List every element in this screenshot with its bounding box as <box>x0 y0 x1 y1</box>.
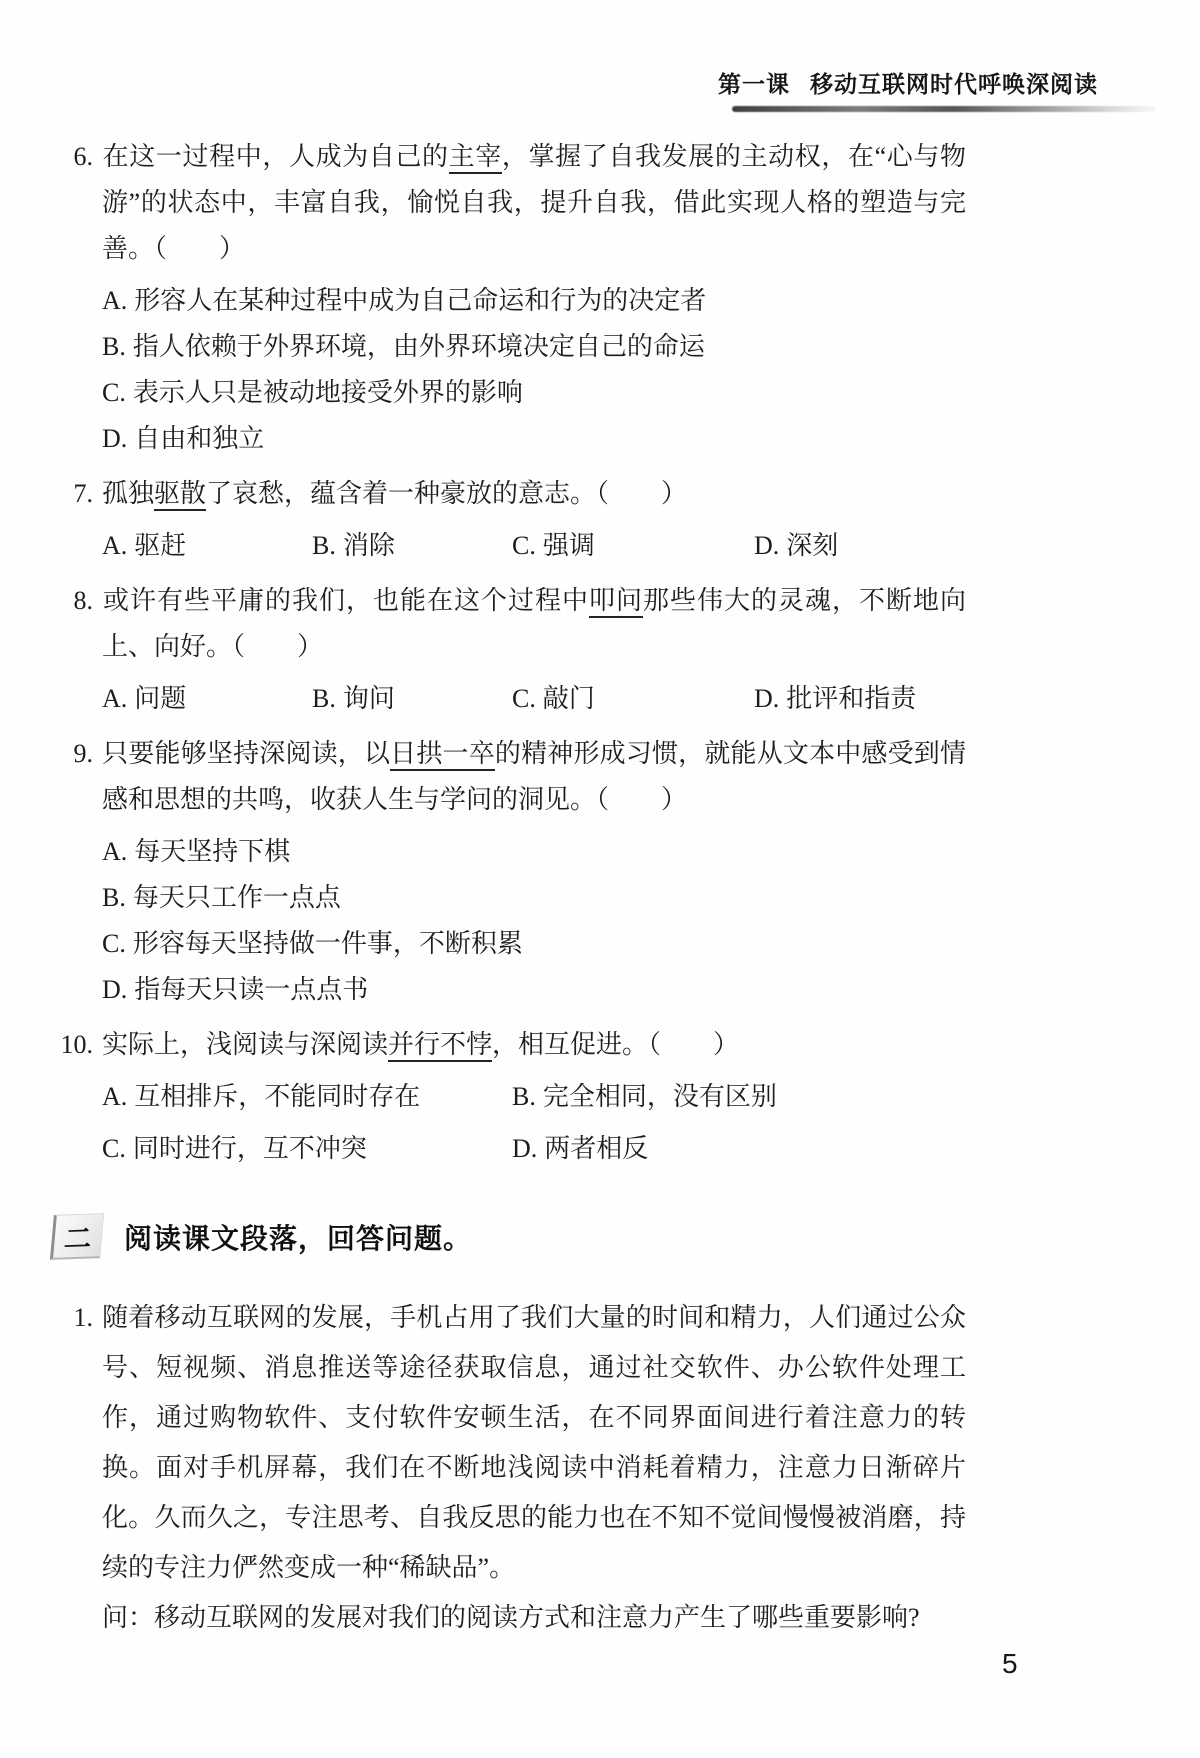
option-c: C.同时进行，互不冲突 <box>102 1126 512 1172</box>
option-text: 敲门 <box>543 684 595 713</box>
question-number: 8. <box>60 578 102 624</box>
option-label: C. <box>102 1134 126 1163</box>
option-label: C. <box>512 531 536 560</box>
underlined-term: 并行不悖 <box>388 1030 492 1062</box>
option-label: B. <box>102 332 126 361</box>
option-text: 消除 <box>343 531 395 560</box>
lesson-number: 第一课 <box>718 71 790 97</box>
option-b: B.消除 <box>312 523 512 569</box>
option-d: D.深刻 <box>754 523 966 569</box>
option-b: B.询问 <box>312 676 512 722</box>
option-label: B. <box>102 883 126 912</box>
options-list: A.每天坚持下棋 B.每天只工作一点点 C.形容每天坚持做一件事，不断积累 D.… <box>60 829 966 1013</box>
option-text: 完全相同，没有区别 <box>543 1082 777 1111</box>
stem-text: 只要能够坚持深阅读，以 <box>102 739 390 768</box>
option-b: B.指人依赖于外界环境，由外界环境决定自己的命运 <box>102 324 966 370</box>
option-text: 问题 <box>134 684 186 713</box>
option-label: B. <box>312 531 336 560</box>
question-stem: 10.实际上，浅阅读与深阅读并行不悖，相互促进。（ ） <box>60 1022 966 1068</box>
options-row: A.问题 B.询问 C.敲门 D.批评和指责 <box>60 676 966 722</box>
option-text: 表示人只是被动地接受外界的影响 <box>133 378 523 407</box>
question-stem: 9.只要能够坚持深阅读，以日拱一卒的精神形成习惯，就能从文本中感受到情感和思想的… <box>60 731 966 823</box>
stem-text: 在这一过程中，人成为自己的 <box>102 142 449 171</box>
section-title: 阅读课文段落，回答问题。 <box>124 1217 472 1257</box>
question-8: 8.或许有些平庸的我们，也能在这个过程中叩问那些伟大的灵魂，不断地向上、向好。（… <box>60 578 966 722</box>
question-number: 10. <box>60 1022 102 1068</box>
option-text: 互相排斥，不能同时存在 <box>134 1082 420 1111</box>
option-c: C.形容每天坚持做一件事，不断积累 <box>102 921 966 967</box>
option-text: 指人依赖于外界环境，由外界环境决定自己的命运 <box>133 332 705 361</box>
option-b: B.每天只工作一点点 <box>102 875 966 921</box>
stem-text: 实际上，浅阅读与深阅读 <box>102 1030 388 1059</box>
page-number: 5 <box>1002 1648 1018 1680</box>
option-d: D.自由和独立 <box>102 416 966 462</box>
option-c: C.敲门 <box>512 676 754 722</box>
option-label: D. <box>512 1134 537 1163</box>
question-stem: 8.或许有些平庸的我们，也能在这个过程中叩问那些伟大的灵魂，不断地向上、向好。（… <box>60 578 966 670</box>
option-a: A.每天坚持下棋 <box>102 829 966 875</box>
question-stem: 6.在这一过程中，人成为自己的主宰，掌握了自我发展的主动权，在“心与物游”的状态… <box>60 134 966 272</box>
option-text: 同时进行，互不冲突 <box>133 1134 367 1163</box>
option-text: 驱赶 <box>134 531 186 560</box>
options-row: A.驱赶 B.消除 C.强调 D.深刻 <box>60 523 966 569</box>
option-a: A.互相排斥，不能同时存在 <box>102 1074 512 1120</box>
option-label: B. <box>312 684 336 713</box>
option-d: D.批评和指责 <box>754 676 966 722</box>
option-text: 深刻 <box>786 531 838 560</box>
option-text: 指每天只读一点点书 <box>134 975 368 1004</box>
options-row: A.互相排斥，不能同时存在 B.完全相同，没有区别 <box>60 1074 966 1120</box>
option-label: C. <box>512 684 536 713</box>
exercise-content: 6.在这一过程中，人成为自己的主宰，掌握了自我发展的主动权，在“心与物游”的状态… <box>60 134 966 1643</box>
question-number: 9. <box>60 731 102 777</box>
question-9: 9.只要能够坚持深阅读，以日拱一卒的精神形成习惯，就能从文本中感受到情感和思想的… <box>60 731 966 1013</box>
option-text: 形容每天坚持做一件事，不断积累 <box>133 929 523 958</box>
option-text: 自由和独立 <box>134 424 264 453</box>
page-header: 第一课移动互联网时代呼唤深阅读 <box>718 66 1098 99</box>
underlined-term: 叩问 <box>589 586 643 618</box>
question-10: 10.实际上，浅阅读与深阅读并行不悖，相互促进。（ ） A.互相排斥，不能同时存… <box>60 1022 966 1172</box>
question-number: 6. <box>60 134 102 180</box>
option-label: D. <box>102 975 127 1004</box>
lesson-title: 移动互联网时代呼唤深阅读 <box>810 71 1098 97</box>
option-text: 询问 <box>343 684 395 713</box>
option-label: A. <box>102 1082 127 1111</box>
option-label: A. <box>102 286 127 315</box>
option-b: B.完全相同，没有区别 <box>512 1074 966 1120</box>
section-two-header: 二 阅读课文段落，回答问题。 <box>52 1214 966 1259</box>
option-label: A. <box>102 531 127 560</box>
option-d: D.两者相反 <box>512 1126 966 1172</box>
option-label: D. <box>754 684 779 713</box>
option-label: C. <box>102 378 126 407</box>
passage-number: 1. <box>60 1293 102 1343</box>
option-label: A. <box>102 837 127 866</box>
stem-text: 了哀愁，蕴含着一种豪放的意志。（ ） <box>206 479 687 508</box>
question-number: 7. <box>60 471 102 517</box>
underlined-term: 驱散 <box>154 479 206 511</box>
header-rule <box>732 106 1156 112</box>
option-a: A.形容人在某种过程中成为自己命运和行为的决定者 <box>102 278 966 324</box>
option-d: D.指每天只读一点点书 <box>102 967 966 1013</box>
option-text: 强调 <box>543 531 595 560</box>
underlined-term: 日拱一卒 <box>390 739 495 771</box>
option-label: B. <box>512 1082 536 1111</box>
question-7: 7.孤独驱散了哀愁，蕴含着一种豪放的意志。（ ） A.驱赶 B.消除 C.强调 … <box>60 471 966 569</box>
passage-paragraph: 1.随着移动互联网的发展，手机占用了我们大量的时间和精力，人们通过公众号、短视频… <box>60 1293 966 1593</box>
option-text: 形容人在某种过程中成为自己命运和行为的决定者 <box>134 286 706 315</box>
option-a: A.问题 <box>102 676 312 722</box>
stem-text: 或许有些平庸的我们，也能在这个过程中 <box>102 586 589 615</box>
option-text: 批评和指责 <box>786 684 916 713</box>
option-text: 每天坚持下棋 <box>134 837 290 866</box>
passage-question: 问：移动互联网的发展对我们的阅读方式和注意力产生了哪些重要影响? <box>60 1593 966 1643</box>
option-text: 两者相反 <box>544 1134 648 1163</box>
option-label: D. <box>754 531 779 560</box>
option-label: D. <box>102 424 127 453</box>
option-text: 每天只工作一点点 <box>133 883 341 912</box>
question-stem: 7.孤独驱散了哀愁，蕴含着一种豪放的意志。（ ） <box>60 471 966 517</box>
passage-text: 随着移动互联网的发展，手机占用了我们大量的时间和精力，人们通过公众号、短视频、消… <box>102 1303 966 1582</box>
reading-passage: 1.随着移动互联网的发展，手机占用了我们大量的时间和精力，人们通过公众号、短视频… <box>60 1293 966 1643</box>
section-number-badge: 二 <box>50 1213 104 1260</box>
stem-text: ，相互促进。（ ） <box>492 1030 739 1059</box>
options-row: C.同时进行，互不冲突 D.两者相反 <box>60 1126 966 1172</box>
option-c: C.强调 <box>512 523 754 569</box>
question-6: 6.在这一过程中，人成为自己的主宰，掌握了自我发展的主动权，在“心与物游”的状态… <box>60 134 966 462</box>
options-list: A.形容人在某种过程中成为自己命运和行为的决定者 B.指人依赖于外界环境，由外界… <box>60 278 966 462</box>
option-label: A. <box>102 684 127 713</box>
workbook-page: 第一课移动互联网时代呼唤深阅读 6.在这一过程中，人成为自己的主宰，掌握了自我发… <box>0 0 1200 1758</box>
option-c: C.表示人只是被动地接受外界的影响 <box>102 370 966 416</box>
option-label: C. <box>102 929 126 958</box>
stem-text: 孤独 <box>102 479 154 508</box>
option-a: A.驱赶 <box>102 523 312 569</box>
underlined-term: 主宰 <box>449 142 502 174</box>
